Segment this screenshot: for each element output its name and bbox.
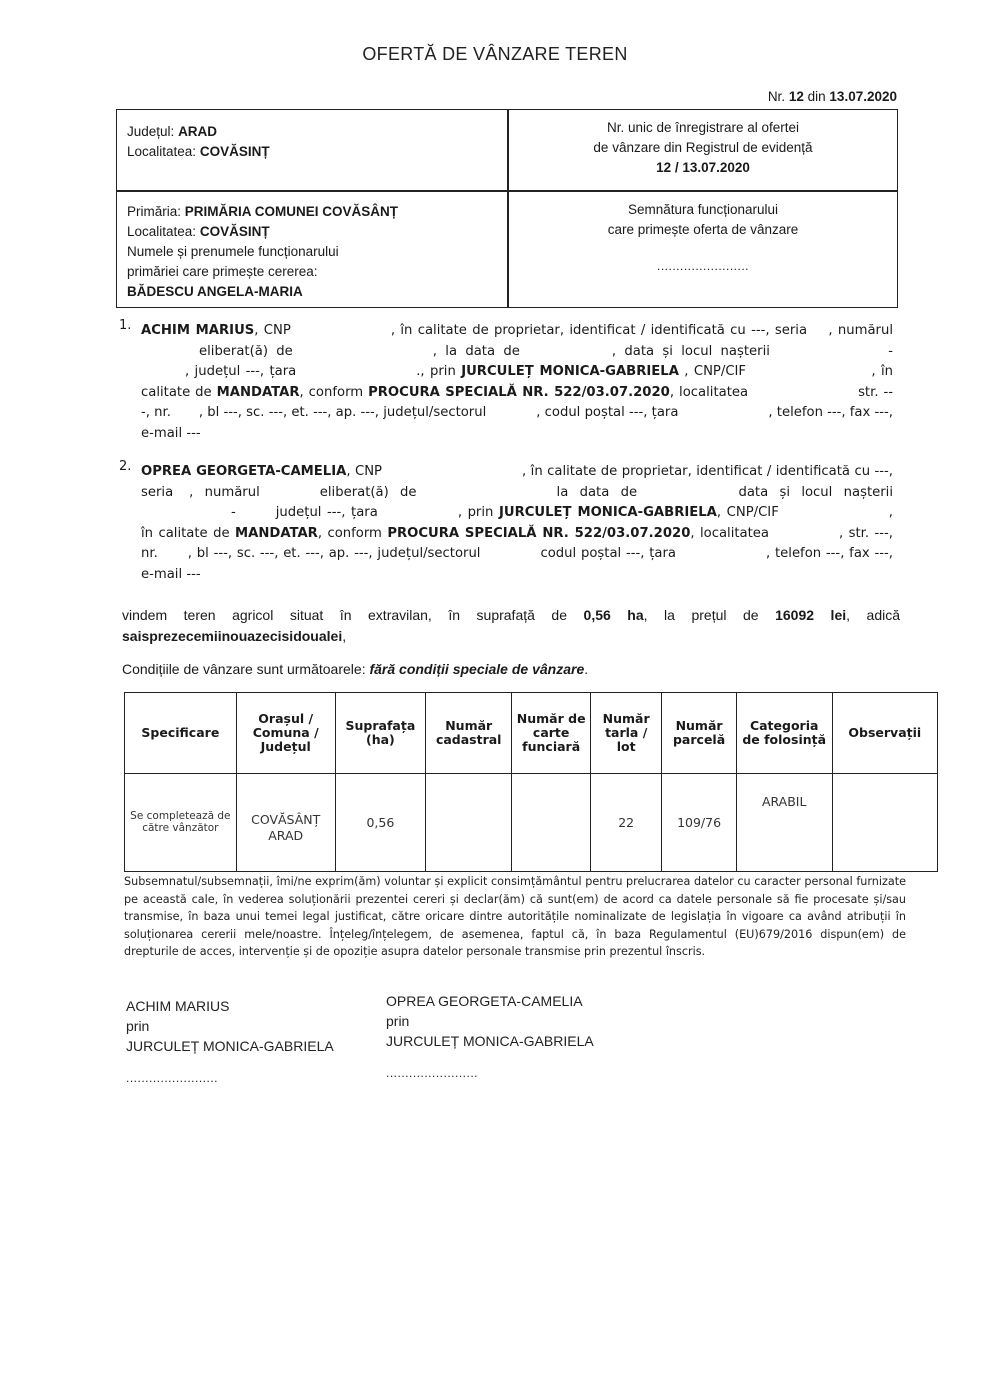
col-tarla: Număr tarla / lot (591, 693, 662, 774)
signer-name: OPREA GEORGETA-CAMELIA (386, 991, 594, 1011)
seller-name: OPREA GEORGETA-CAMELIA (141, 464, 346, 479)
gdpr-consent: Subsemnatul/subsemnații, îmi/ne exprim(ă… (124, 873, 906, 961)
header-box: Județul: ARAD Localitatea: COVĂSINȚ Nr. … (116, 109, 898, 308)
signer-mandatar: JURCULEȚ MONICA-GABRIELA (126, 1036, 334, 1056)
seller-1-paragraph: ACHIM MARIUS, CNP, în calitate de propri… (141, 321, 893, 444)
document-title: OFERTĂ DE VÂNZARE TEREN (0, 44, 990, 65)
table-row: Se completează de către vânzător COVĂSÂN… (125, 774, 938, 872)
registry-number-cell: Nr. unic de înregistrare al ofertei de v… (509, 118, 897, 178)
seller-name: ACHIM MARIUS (141, 323, 254, 338)
offer-price: 16092 lei (775, 607, 846, 623)
cell-oras: COVĂSÂNȚ ARAD (236, 774, 335, 872)
seller-index: 2. (119, 459, 131, 474)
signature-block-1: ACHIM MARIUS prin JURCULEȚ MONICA-GABRIE… (126, 996, 334, 1088)
mandatar-name: JURCULEȚ MONICA-GABRIELA (461, 364, 679, 379)
cell-parcela: 109/76 (662, 774, 736, 872)
signature-line: ........................ (126, 1068, 334, 1088)
mandatar-name: JURCULEȚ MONICA-GABRIELA (499, 505, 717, 520)
signature-line: ........................ (386, 1063, 594, 1083)
procura: PROCURA SPECIALĂ NR. 522/03.07.2020 (368, 385, 670, 400)
col-suprafata: Suprafața (ha) (335, 693, 425, 774)
offer-number: 12 (789, 89, 804, 104)
col-categoria: Categoria de folosință (736, 693, 832, 774)
table-header-row: Specificare Orașul / Comuna / Județul Su… (125, 693, 938, 774)
offer-paragraph: vindem teren agricol situat în extravila… (122, 605, 900, 646)
signer-name: ACHIM MARIUS (126, 996, 334, 1016)
offer-date: 13.07.2020 (829, 89, 897, 104)
signature-line: ........................ (509, 256, 897, 276)
judet-value: ARAD (178, 124, 217, 139)
cell-observatii (832, 774, 937, 872)
cell-categoria: ARABIL (736, 774, 832, 872)
cell-carte-funciara (512, 774, 591, 872)
procura: PROCURA SPECIALĂ NR. 522/03.07.2020 (387, 526, 690, 541)
primaria-value: PRIMĂRIA COMUNEI COVĂSÂNȚ (185, 204, 398, 219)
cell-cadastral (426, 774, 512, 872)
conditions-line: Condițiile de vânzare sunt următoarele: … (122, 661, 588, 677)
primaria-cell: Primăria: PRIMĂRIA COMUNEI COVĂSÂNȚ Loca… (127, 202, 398, 302)
functionar-name: BĂDESCU ANGELA-MARIA (127, 284, 303, 299)
conditions-value: fără condiții speciale de vânzare (369, 661, 584, 677)
col-parcela: Număr parcelă (662, 693, 736, 774)
col-carte-funciara: Număr de carte funciară (512, 693, 591, 774)
col-oras: Orașul / Comuna / Județul (236, 693, 335, 774)
registry-number: 12 / 13.07.2020 (656, 160, 750, 175)
cell-specificare: Se completează de către vânzător (125, 774, 237, 872)
signature-block-2: OPREA GEORGETA-CAMELIA prin JURCULEȚ MON… (386, 991, 594, 1083)
cell-suprafata: 0,56 (335, 774, 425, 872)
cell-tarla: 22 (591, 774, 662, 872)
location-cell: Județul: ARAD Localitatea: COVĂSINȚ (127, 122, 270, 162)
localitate-value: COVĂSINȚ (200, 144, 270, 159)
official-signature-cell: Semnătura funcționarului care primește o… (509, 200, 897, 276)
col-observatii: Observații (832, 693, 937, 774)
offer-price-words: saisprezecemiinouazecisidoualei (122, 628, 342, 644)
land-table: Specificare Orașul / Comuna / Județul Su… (124, 692, 938, 872)
signer-mandatar: JURCULEȚ MONICA-GABRIELA (386, 1031, 594, 1051)
seller-index: 1. (119, 318, 131, 333)
col-cadastral: Număr cadastral (426, 693, 512, 774)
col-specificare: Specificare (125, 693, 237, 774)
seller-2-paragraph: OPREA GEORGETA-CAMELIA, CNP, în calitate… (141, 462, 893, 585)
document-number: Nr. 12 din 13.07.2020 (768, 89, 897, 104)
offer-area: 0,56 ha (584, 607, 644, 623)
